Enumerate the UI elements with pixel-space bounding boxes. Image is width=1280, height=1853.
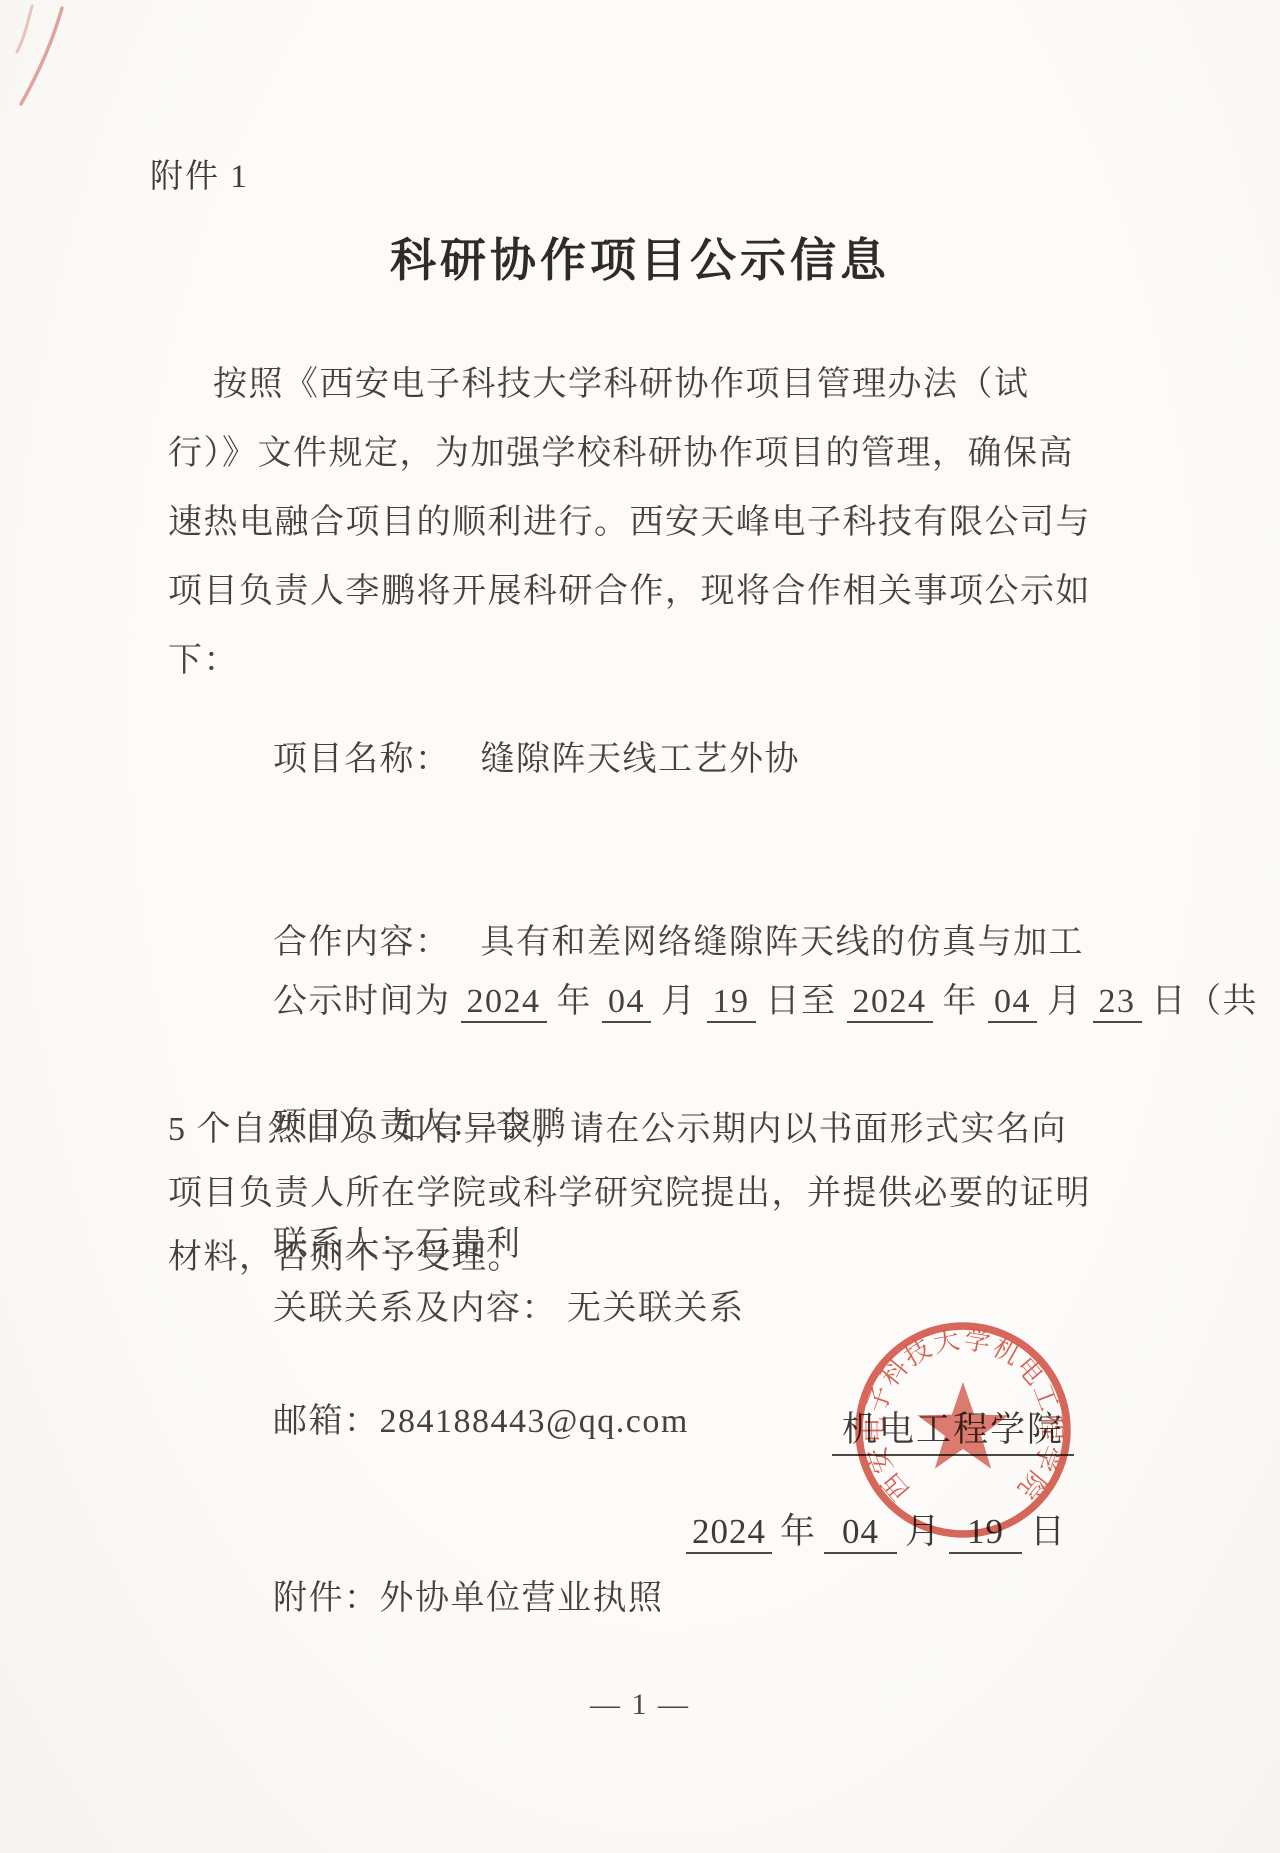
underlined-end-month: 04 [988,983,1037,1023]
contact-value: 石贵利 [415,1226,522,1263]
text-segment: 日（共 [1142,983,1259,1020]
field-label: 项目名称： [273,741,451,778]
attachment-label: 附件 1 [150,150,249,197]
signature-org-name: 机电工程学院 [832,1410,1074,1456]
intro-paragraph: 按照《西安电子科技大学科研协作项目管理办法（试 行）》文件规定，为加强学校科研协… [168,350,1168,695]
underlined-end-year: 2024 [847,983,933,1023]
contact-label: 联系人： [273,1226,415,1263]
contact-value: 284188443@qq.com [380,1403,689,1440]
underlined-start-year: 2024 [461,983,547,1023]
signature-org: 机电工程学院 [832,1402,1074,1452]
publicity-line-2: 5 个自然日）。如有异议，请在公示期内以书面形式实名向 [168,1098,1178,1162]
text-segment: 年 [933,983,989,1020]
scanned-document-page: 附件 1 科研协作项目公示信息 按照《西安电子科技大学科研协作项目管理办法（试 … [0,0,1280,1853]
contact-person-row: 联系人：石贵利 [213,1156,1013,1333]
field-value: 缝隙阵天线工艺外协 [481,741,801,778]
signature-date: 2024年04月19日 [647,1464,1074,1594]
intro-line-1: 按照《西安电子科技大学科研协作项目管理办法（试 [168,350,1168,419]
text-segment: 日至 [756,983,847,1020]
day-unit: 日 [1030,1512,1066,1551]
year-unit: 年 [780,1512,816,1551]
contact-label: 附件： [273,1580,380,1617]
document-title: 科研协作项目公示信息 [0,224,1280,290]
text-segment: 月 [1037,983,1093,1020]
contact-value: 外协单位营业执照 [380,1580,664,1617]
text-segment: 年 [547,983,603,1020]
text-segment: 公示时间为 [273,983,461,1020]
signature-month: 04 [824,1512,897,1554]
intro-line-4: 项目负责人李鹏将开展科研合作，现将合作相关事项公示如 [168,557,1168,626]
intro-line-3: 速热电融合项目的顺利进行。西安天峰电子科技有限公司与 [168,488,1168,557]
intro-line-2: 行）》文件规定，为加强学校科研协作项目的管理，确保高 [168,419,1168,488]
signature-year: 2024 [686,1512,772,1554]
underlined-start-month: 04 [602,983,651,1023]
month-unit: 月 [905,1512,941,1551]
underlined-end-day: 23 [1093,983,1142,1023]
text-segment: 月 [651,983,707,1020]
field-row-project-name: 项目名称：缝隙阵天线工艺外协 [213,668,1153,851]
signature-day: 19 [949,1512,1022,1554]
contact-label: 邮箱： [273,1403,380,1440]
red-pen-mark [6,0,86,120]
page-number: — 1 — [0,1688,1280,1722]
publicity-period-line: 公示时间为 2024 年 04 月 19 日至 2024 年 04 月 23 日… [168,906,1178,1098]
underlined-start-day: 19 [707,983,756,1023]
